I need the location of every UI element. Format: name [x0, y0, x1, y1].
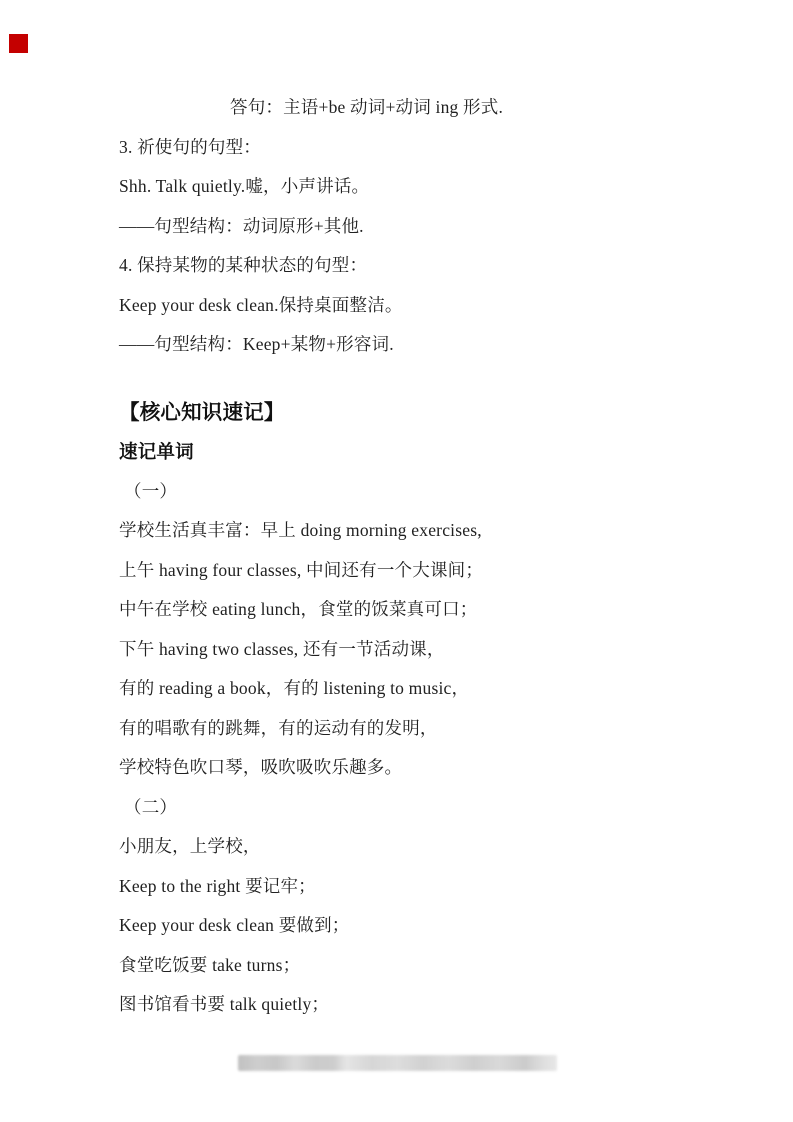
- doc-line: Keep your desk clean.保持桌面整洁。: [119, 286, 753, 326]
- doc-line: ——句型结构：动词原形+其他.: [119, 207, 753, 247]
- doc-line: ——句型结构：Keep+某物+形容词.: [119, 325, 753, 365]
- doc-line: 下午 having two classes, 还有一节活动课，: [119, 630, 753, 670]
- section-heading: 【核心知识速记】: [119, 393, 753, 433]
- document-page: 答句：主语+be 动词+动词 ing 形式. 3. 祈使句的句型： Shh. T…: [0, 0, 793, 1122]
- doc-line: Keep to the right 要记牢；: [119, 867, 753, 907]
- doc-line: 4. 保持某物的某种状态的句型：: [119, 246, 753, 286]
- doc-line: 3. 祈使句的句型：: [119, 128, 753, 168]
- doc-line: 上午 having four classes, 中间还有一个大课间；: [119, 551, 753, 591]
- doc-line: （二）: [119, 788, 753, 828]
- doc-line: 有的 reading a book，有的 listening to music，: [119, 669, 753, 709]
- doc-line: 食堂吃饭要 take turns；: [119, 946, 753, 986]
- doc-line: （一）: [119, 472, 753, 512]
- doc-line: Keep your desk clean 要做到；: [119, 906, 753, 946]
- doc-line: 学校生活真丰富：早上 doing morning exercises,: [119, 511, 753, 551]
- doc-line: Shh. Talk quietly.嘘，小声讲话。: [119, 167, 753, 207]
- subsection-heading: 速记单词: [119, 432, 753, 472]
- doc-line: 学校特色吹口琴，吸吹吸吹乐趣多。: [119, 748, 753, 788]
- watermark-bar: [238, 1055, 557, 1071]
- red-square-marker: [9, 34, 28, 53]
- doc-line: 图书馆看书要 talk quietly；: [119, 985, 753, 1025]
- doc-line: 答句：主语+be 动词+动词 ing 形式.: [119, 88, 753, 128]
- doc-line: 有的唱歌有的跳舞，有的运动有的发明，: [119, 709, 753, 749]
- doc-line: 中午在学校 eating lunch，食堂的饭菜真可口；: [119, 590, 753, 630]
- doc-line: 小朋友，上学校，: [119, 827, 753, 867]
- document-content: 答句：主语+be 动词+动词 ing 形式. 3. 祈使句的句型： Shh. T…: [0, 88, 793, 1025]
